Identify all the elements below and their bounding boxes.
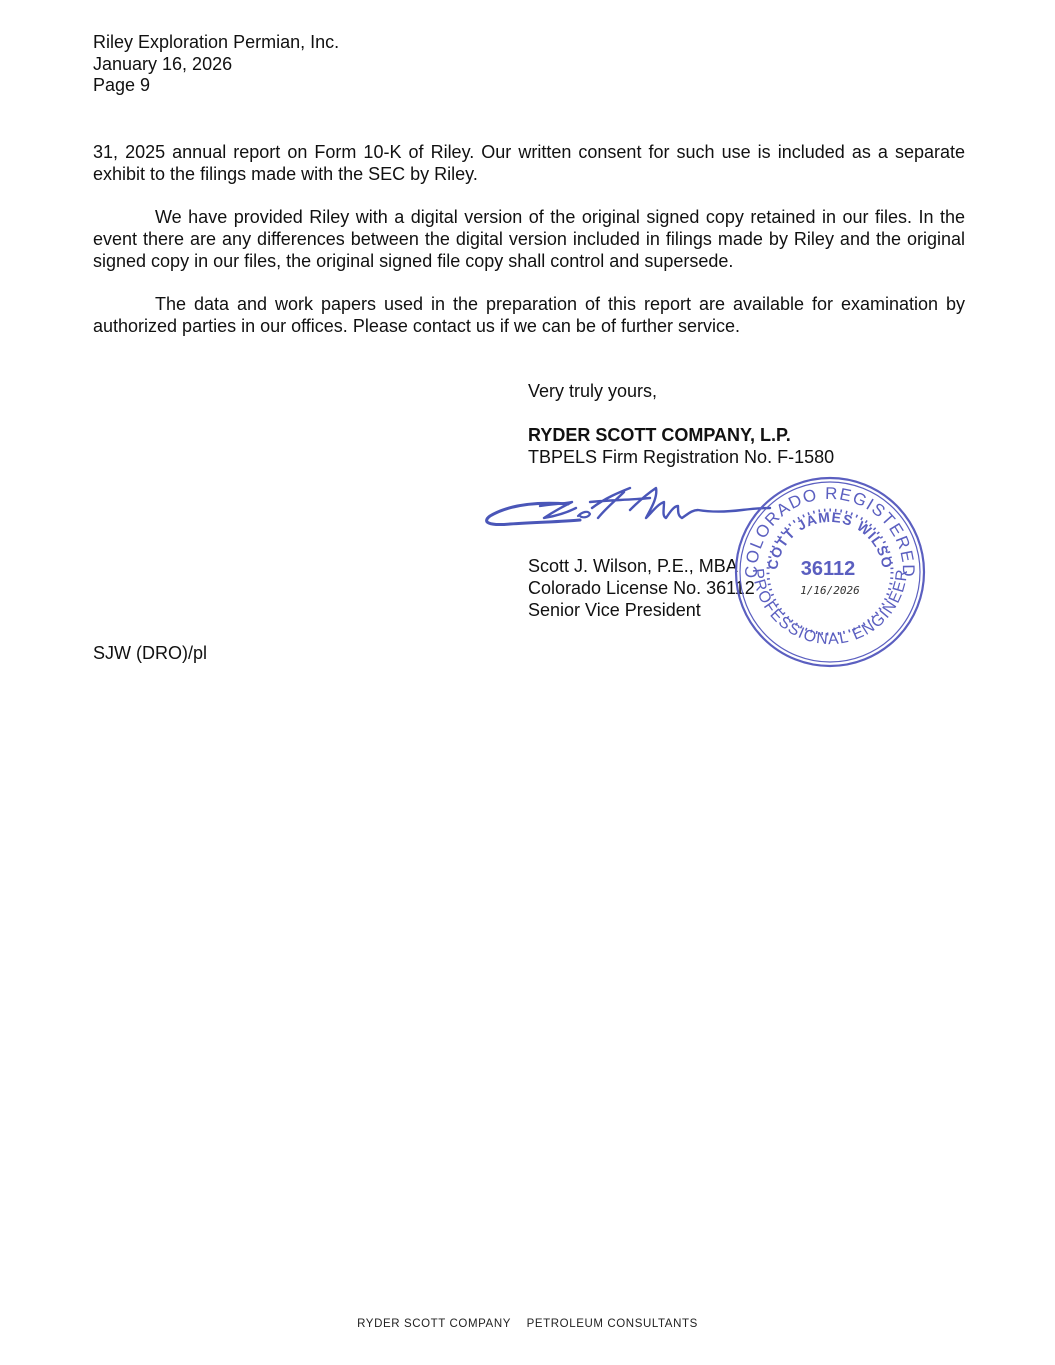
letter-date: January 16, 2026 bbox=[93, 54, 339, 76]
signer-title: Senior Vice President bbox=[528, 599, 701, 621]
engineer-seal-stamp: COLORADO REGISTERED PROFESSIONAL ENGINEE… bbox=[733, 475, 927, 669]
signer-license: Colorado License No. 36112 bbox=[528, 577, 755, 599]
paragraph-text: The data and work papers used in the pre… bbox=[93, 294, 965, 336]
letter-page: Riley Exploration Permian, Inc. January … bbox=[0, 0, 1055, 1365]
seal-date: 1/16/2026 bbox=[800, 584, 860, 597]
footer-tagline: PETROLEUM CONSULTANTS bbox=[527, 1318, 698, 1330]
closing-salutation: Very truly yours, bbox=[528, 380, 657, 402]
recipient-name: Riley Exploration Permian, Inc. bbox=[93, 32, 339, 54]
firm-name: RYDER SCOTT COMPANY, L.P. bbox=[528, 424, 791, 446]
paragraph-text: We have provided Riley with a digital ve… bbox=[93, 207, 965, 271]
body-paragraph-3: The data and work papers used in the pre… bbox=[93, 293, 965, 337]
letter-header: Riley Exploration Permian, Inc. January … bbox=[93, 32, 339, 97]
reference-initials: SJW (DRO)/pl bbox=[93, 642, 207, 664]
signer-name: Scott J. Wilson, P.E., MBA bbox=[528, 555, 738, 577]
seal-license-number: 36112 bbox=[801, 558, 856, 580]
body-paragraph-1: 31, 2025 annual report on Form 10-K of R… bbox=[93, 141, 965, 185]
page-number: Page 9 bbox=[93, 75, 339, 97]
page-footer: RYDER SCOTT COMPANY PETROLEUM CONSULTANT… bbox=[0, 1318, 1055, 1330]
paragraph-text: 31, 2025 annual report on Form 10-K of R… bbox=[93, 142, 965, 184]
footer-company: RYDER SCOTT COMPANY bbox=[357, 1318, 511, 1330]
body-paragraph-2: We have provided Riley with a digital ve… bbox=[93, 206, 965, 272]
firm-registration: TBPELS Firm Registration No. F-1580 bbox=[528, 446, 834, 468]
